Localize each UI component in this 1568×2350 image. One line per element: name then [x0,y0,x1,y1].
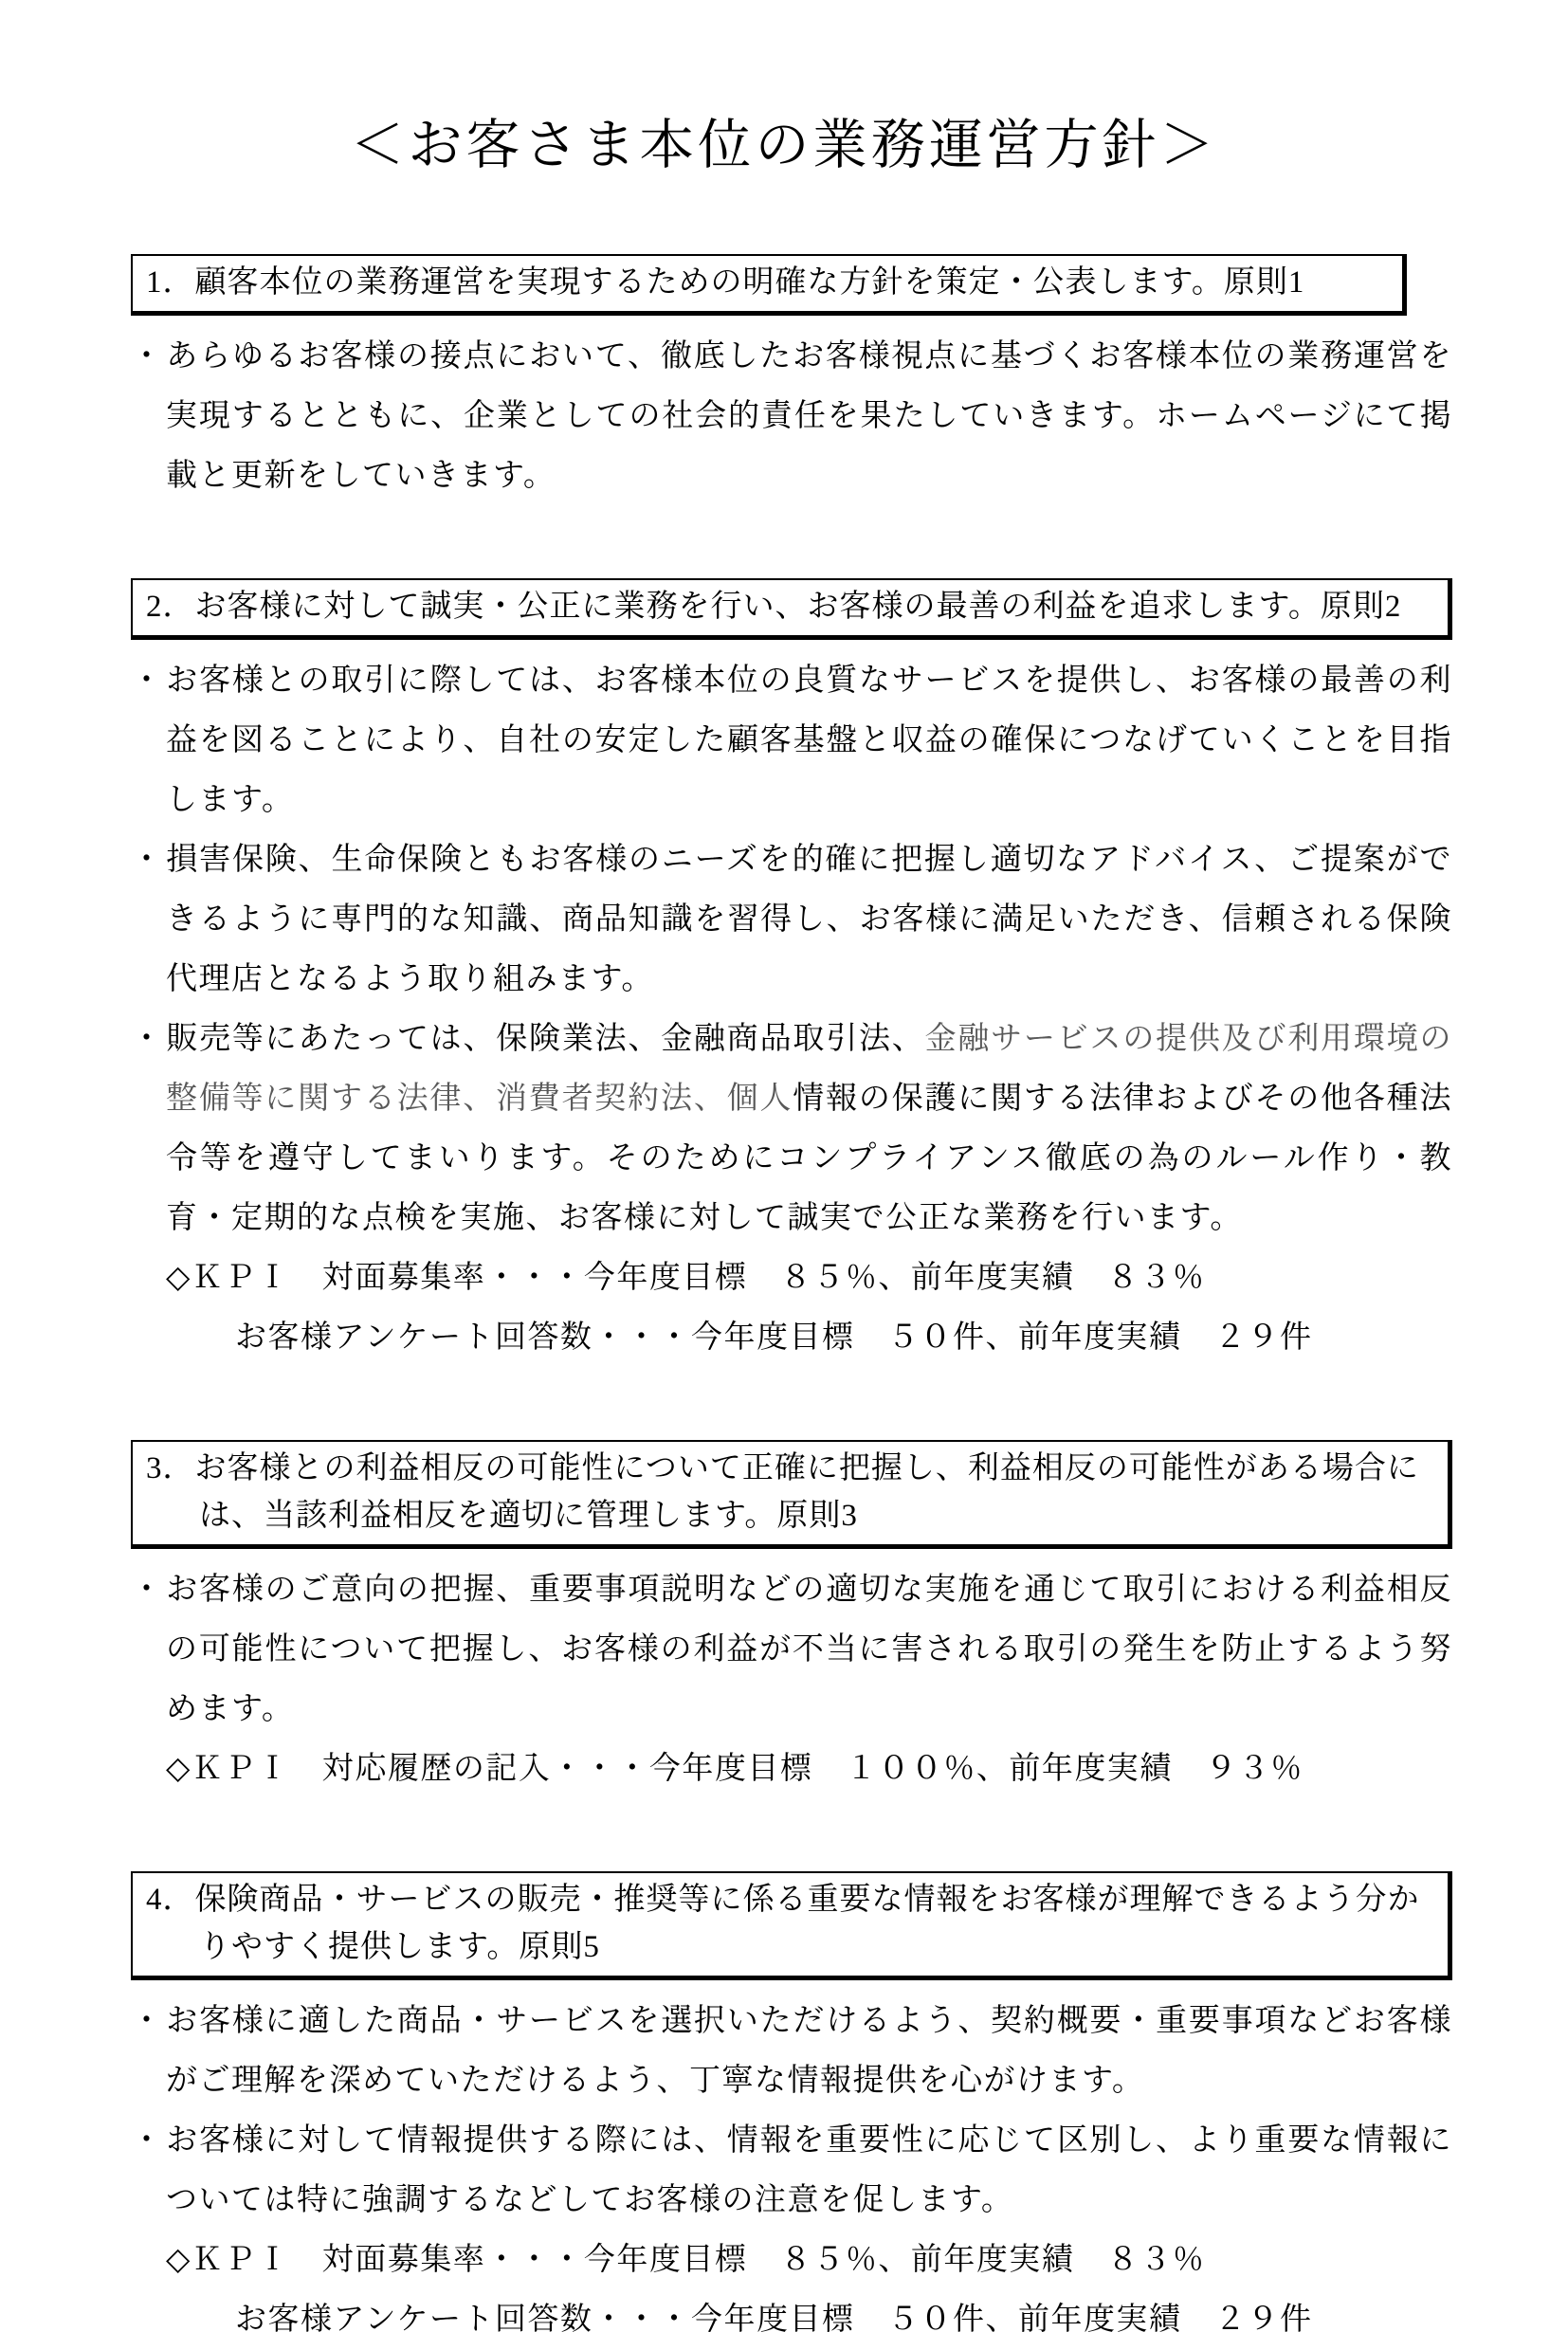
section-3-heading-box: 3．お客様との利益相反の可能性について正確に把握し、利益相反の可能性がある場合に… [131,1440,1452,1549]
section-1-heading-box: 1．顧客本位の業務運営を実現するための明確な方針を策定・公表します。原則1 [131,254,1407,316]
section-2-kpi-line-1: ◇ＫＰＩ 対面募集率・・・今年度目標 ８５％、前年度実績 ８３％ [131,1248,1452,1308]
bullet-text: お客様に適した商品・サービスを選択いただけるよう、契約概要・重要事項などお客様が… [166,2004,1452,2098]
section-3: 3．お客様との利益相反の可能性について正確に把握し、利益相反の可能性がある場合に… [131,1440,1452,1799]
bullet-text: 損害保険、生命保険ともお客様のニーズを的確に把握し適切なアドバイス、ご提案ができ… [166,843,1452,996]
section-4-bullet-2: ・お客様に対して情報提供する際には、情報を重要性に応じて区別し、より重要な情報に… [131,2111,1452,2231]
section-2: 2．お客様に対して誠実・公正に業務を行い、お客様の最善の利益を追求します。原則2… [131,578,1452,1368]
section-2-bullet-2: ・損害保険、生命保険ともお客様のニーズを的確に把握し適切なアドバイス、ご提案がで… [131,830,1452,1010]
section-2-heading-box: 2．お客様に対して誠実・公正に業務を行い、お客様の最善の利益を追求します。原則2 [131,578,1452,640]
section-4-bullet-1: ・お客様に適した商品・サービスを選択いただけるよう、契約概要・重要事項などお客様… [131,1992,1452,2111]
section-1: 1．顧客本位の業務運営を実現するための明確な方針を策定・公表します。原則1 ・あ… [131,254,1452,506]
document-body: 1．顧客本位の業務運営を実現するための明確な方針を策定・公表します。原則1 ・あ… [131,254,1452,2350]
section-3-heading: 3．お客様との利益相反の可能性について正確に把握し、利益相反の可能性がある場合に… [146,1445,1434,1539]
section-3-bullet-1: ・お客様のご意向の把握、重要事項説明などの適切な実施を通じて取引における利益相反… [131,1560,1452,1740]
section-4-heading: 4．保険商品・サービスの販売・推奨等に係る重要な情報をお客様が理解できるよう分か… [146,1876,1434,1971]
bullet-text: お客様のご意向の把握、重要事項説明などの適切な実施を通じて取引における利益相反の… [166,1573,1452,1726]
section-2-bullet-3: ・販売等にあたっては、保険業法、金融商品取引法、金融サービスの提供及び利用環境の… [131,1010,1452,1248]
section-1-heading: 1．顧客本位の業務運営を実現するための明確な方針を策定・公表します。原則1 [146,259,1389,306]
section-4-kpi-line-1: ◇ＫＰＩ 対面募集率・・・今年度目標 ８５％、前年度実績 ８３％ [131,2231,1452,2290]
section-4-kpi-line-2: お客様アンケート回答数・・・今年度目標 ５０件、前年度実績 ２９件 [131,2290,1452,2350]
bullet-text: お客様に対して情報提供する際には、情報を重要性に応じて区別し、より重要な情報につ… [166,2123,1452,2217]
section-2-bullet-1: ・お客様との取引に際しては、お客様本位の良質なサービスを提供し、お客様の最善の利… [131,651,1452,830]
bullet-marker: ・ [131,830,166,890]
bullet-marker: ・ [131,1992,166,2051]
section-1-bullet-1: ・あらゆるお客様の接点において、徹底したお客様視点に基づくお客様本位の業務運営を… [131,327,1452,506]
section-3-kpi-line-1: ◇ＫＰＩ 対応履歴の記入・・・今年度目標 １００％、前年度実績 ９３％ [131,1740,1452,1799]
bullet-text: お客様との取引に際しては、お客様本位の良質なサービスを提供し、お客様の最善の利益… [166,664,1452,817]
bullet-marker: ・ [131,1560,166,1620]
bullet-marker: ・ [131,1010,166,1069]
section-2-kpi-line-2: お客様アンケート回答数・・・今年度目標 ５０件、前年度実績 ２９件 [131,1308,1452,1368]
bullet-marker: ・ [131,327,166,387]
section-4: 4．保険商品・サービスの販売・推奨等に係る重要な情報をお客様が理解できるよう分か… [131,1871,1452,2350]
bullet-marker: ・ [131,2111,166,2171]
section-4-heading-box: 4．保険商品・サービスの販売・推奨等に係る重要な情報をお客様が理解できるよう分か… [131,1871,1452,1980]
bullet-text: あらゆるお客様の接点において、徹底したお客様視点に基づくお客様本位の業務運営を実… [166,339,1452,493]
document-page: ＜お客さま本位の業務運営方針＞ 1．顧客本位の業務運営を実現するための明確な方針… [0,110,1568,2350]
bullet-marker: ・ [131,651,166,711]
section-2-heading: 2．お客様に対して誠実・公正に業務を行い、お客様の最善の利益を追求します。原則2 [146,583,1434,630]
page-title: ＜お客さま本位の業務運営方針＞ [0,110,1568,182]
bullet-text-segment: 販売等にあたっては、保険業法、金融商品取引法、 [166,1022,925,1056]
